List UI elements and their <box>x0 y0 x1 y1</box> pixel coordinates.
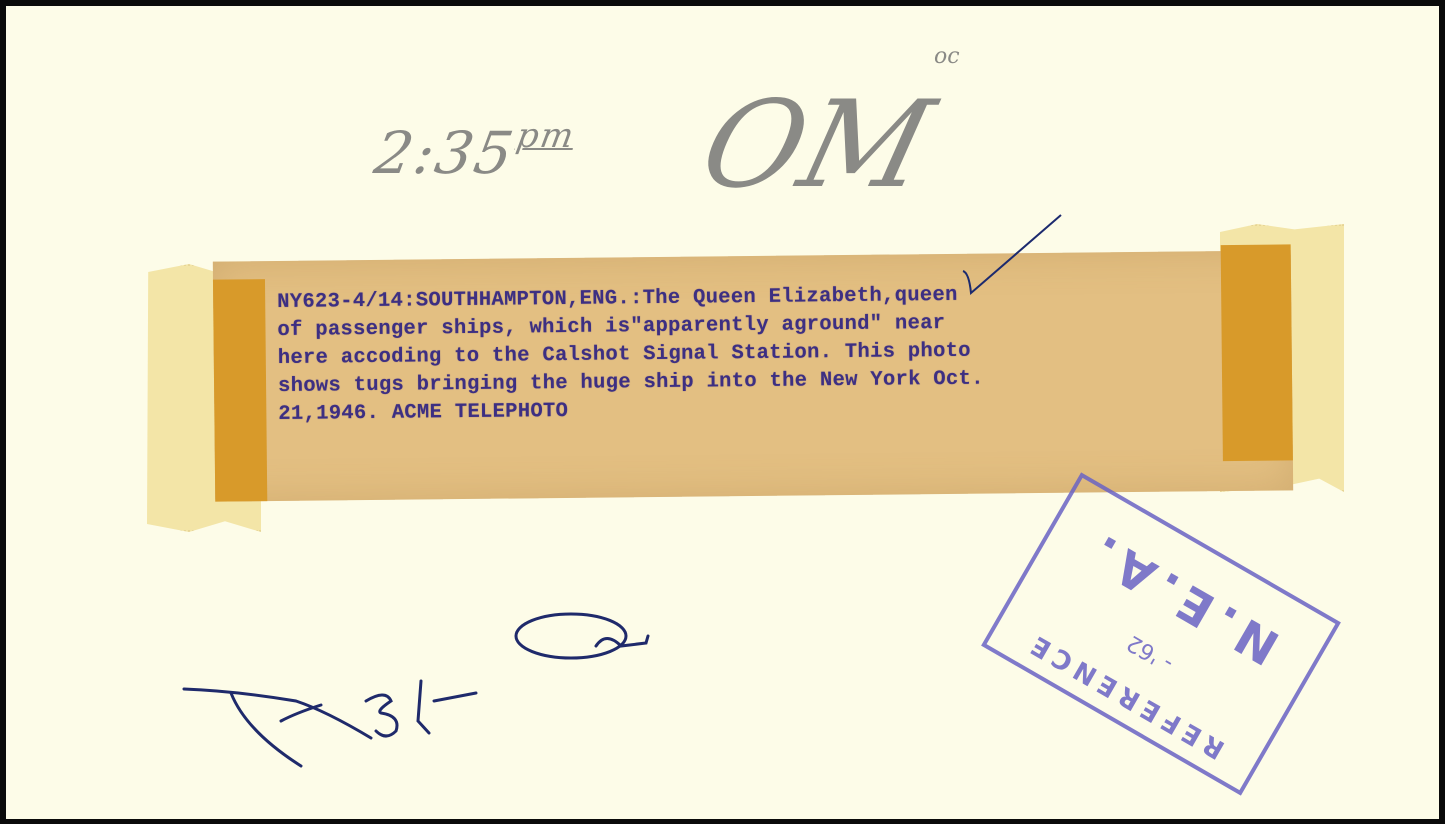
caption-text: NY623-4/14:SOUTHHAMPTON,ENG.:The Queen E… <box>277 279 1218 429</box>
photo-back: 2:35pm OM oc NY623-4/14:SOUTHHAMPTON,ENG… <box>6 6 1439 819</box>
tape-amber-left <box>213 279 267 502</box>
time-value: 2:35 <box>370 119 520 187</box>
pencil-superscript: oc <box>934 44 960 69</box>
caption-label: NY623-4/14:SOUTHHAMPTON,ENG.:The Queen E… <box>213 250 1293 501</box>
time-suffix: pm <box>513 116 578 156</box>
pencil-time-note: 2:35pm <box>370 116 579 187</box>
reference-stamp: REFERENCE - '62 N.E.A. <box>981 472 1341 795</box>
tape-amber-right <box>1221 244 1293 461</box>
pencil-initials: OM <box>689 76 945 215</box>
ink-handwriting <box>176 601 656 781</box>
